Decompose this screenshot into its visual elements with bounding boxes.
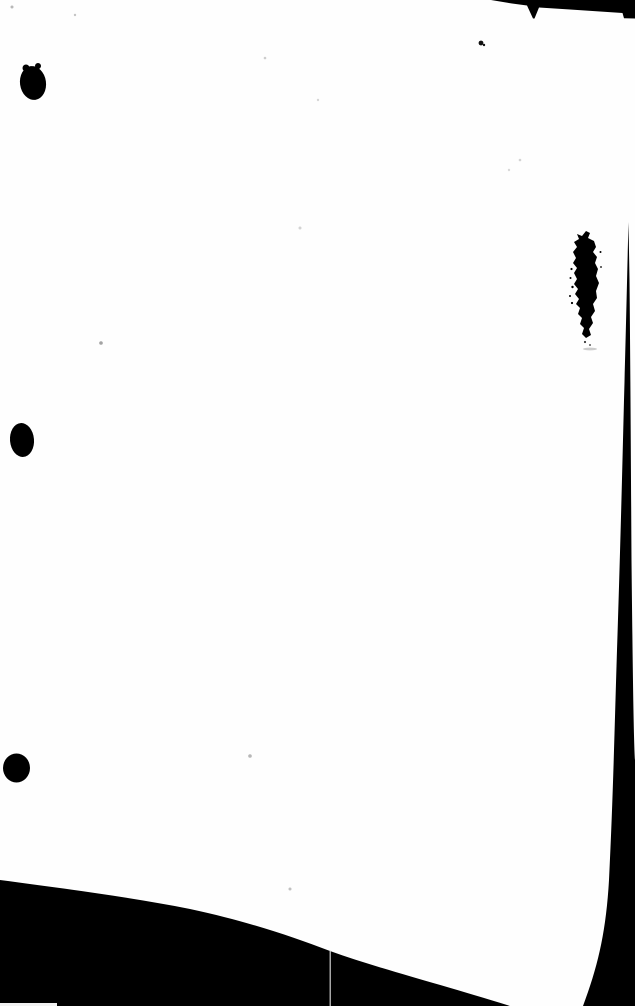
dust-speck xyxy=(483,44,485,46)
page-edge-shadow-right xyxy=(583,222,635,1006)
scanned-document-page xyxy=(0,0,635,1006)
hole-punch-middle xyxy=(9,422,36,458)
hole-punch-nub xyxy=(23,65,30,72)
dust-speck xyxy=(299,227,302,230)
scan-artifacts-layer xyxy=(0,0,635,1006)
dust-speck xyxy=(99,341,103,345)
hole-punch-group xyxy=(3,63,48,783)
scan-artifact-bottom xyxy=(0,880,510,1006)
dust-speck xyxy=(317,99,319,101)
speck-group xyxy=(11,6,522,891)
dust-speck xyxy=(289,888,292,891)
dust-speck xyxy=(248,754,252,758)
dust-speck xyxy=(508,169,510,171)
scan-edge-artifact-top-right xyxy=(491,0,635,19)
scratch-line-white xyxy=(330,950,331,1006)
dust-speck xyxy=(519,159,522,162)
hole-punch-bottom xyxy=(3,754,30,783)
dust-speck xyxy=(74,14,76,16)
dust-speck xyxy=(479,41,484,46)
dust-speck xyxy=(11,6,14,9)
ink-smudge xyxy=(569,231,602,350)
hole-punch-nub xyxy=(35,63,41,69)
dust-speck xyxy=(264,57,267,60)
hole-punch-top xyxy=(18,64,48,101)
